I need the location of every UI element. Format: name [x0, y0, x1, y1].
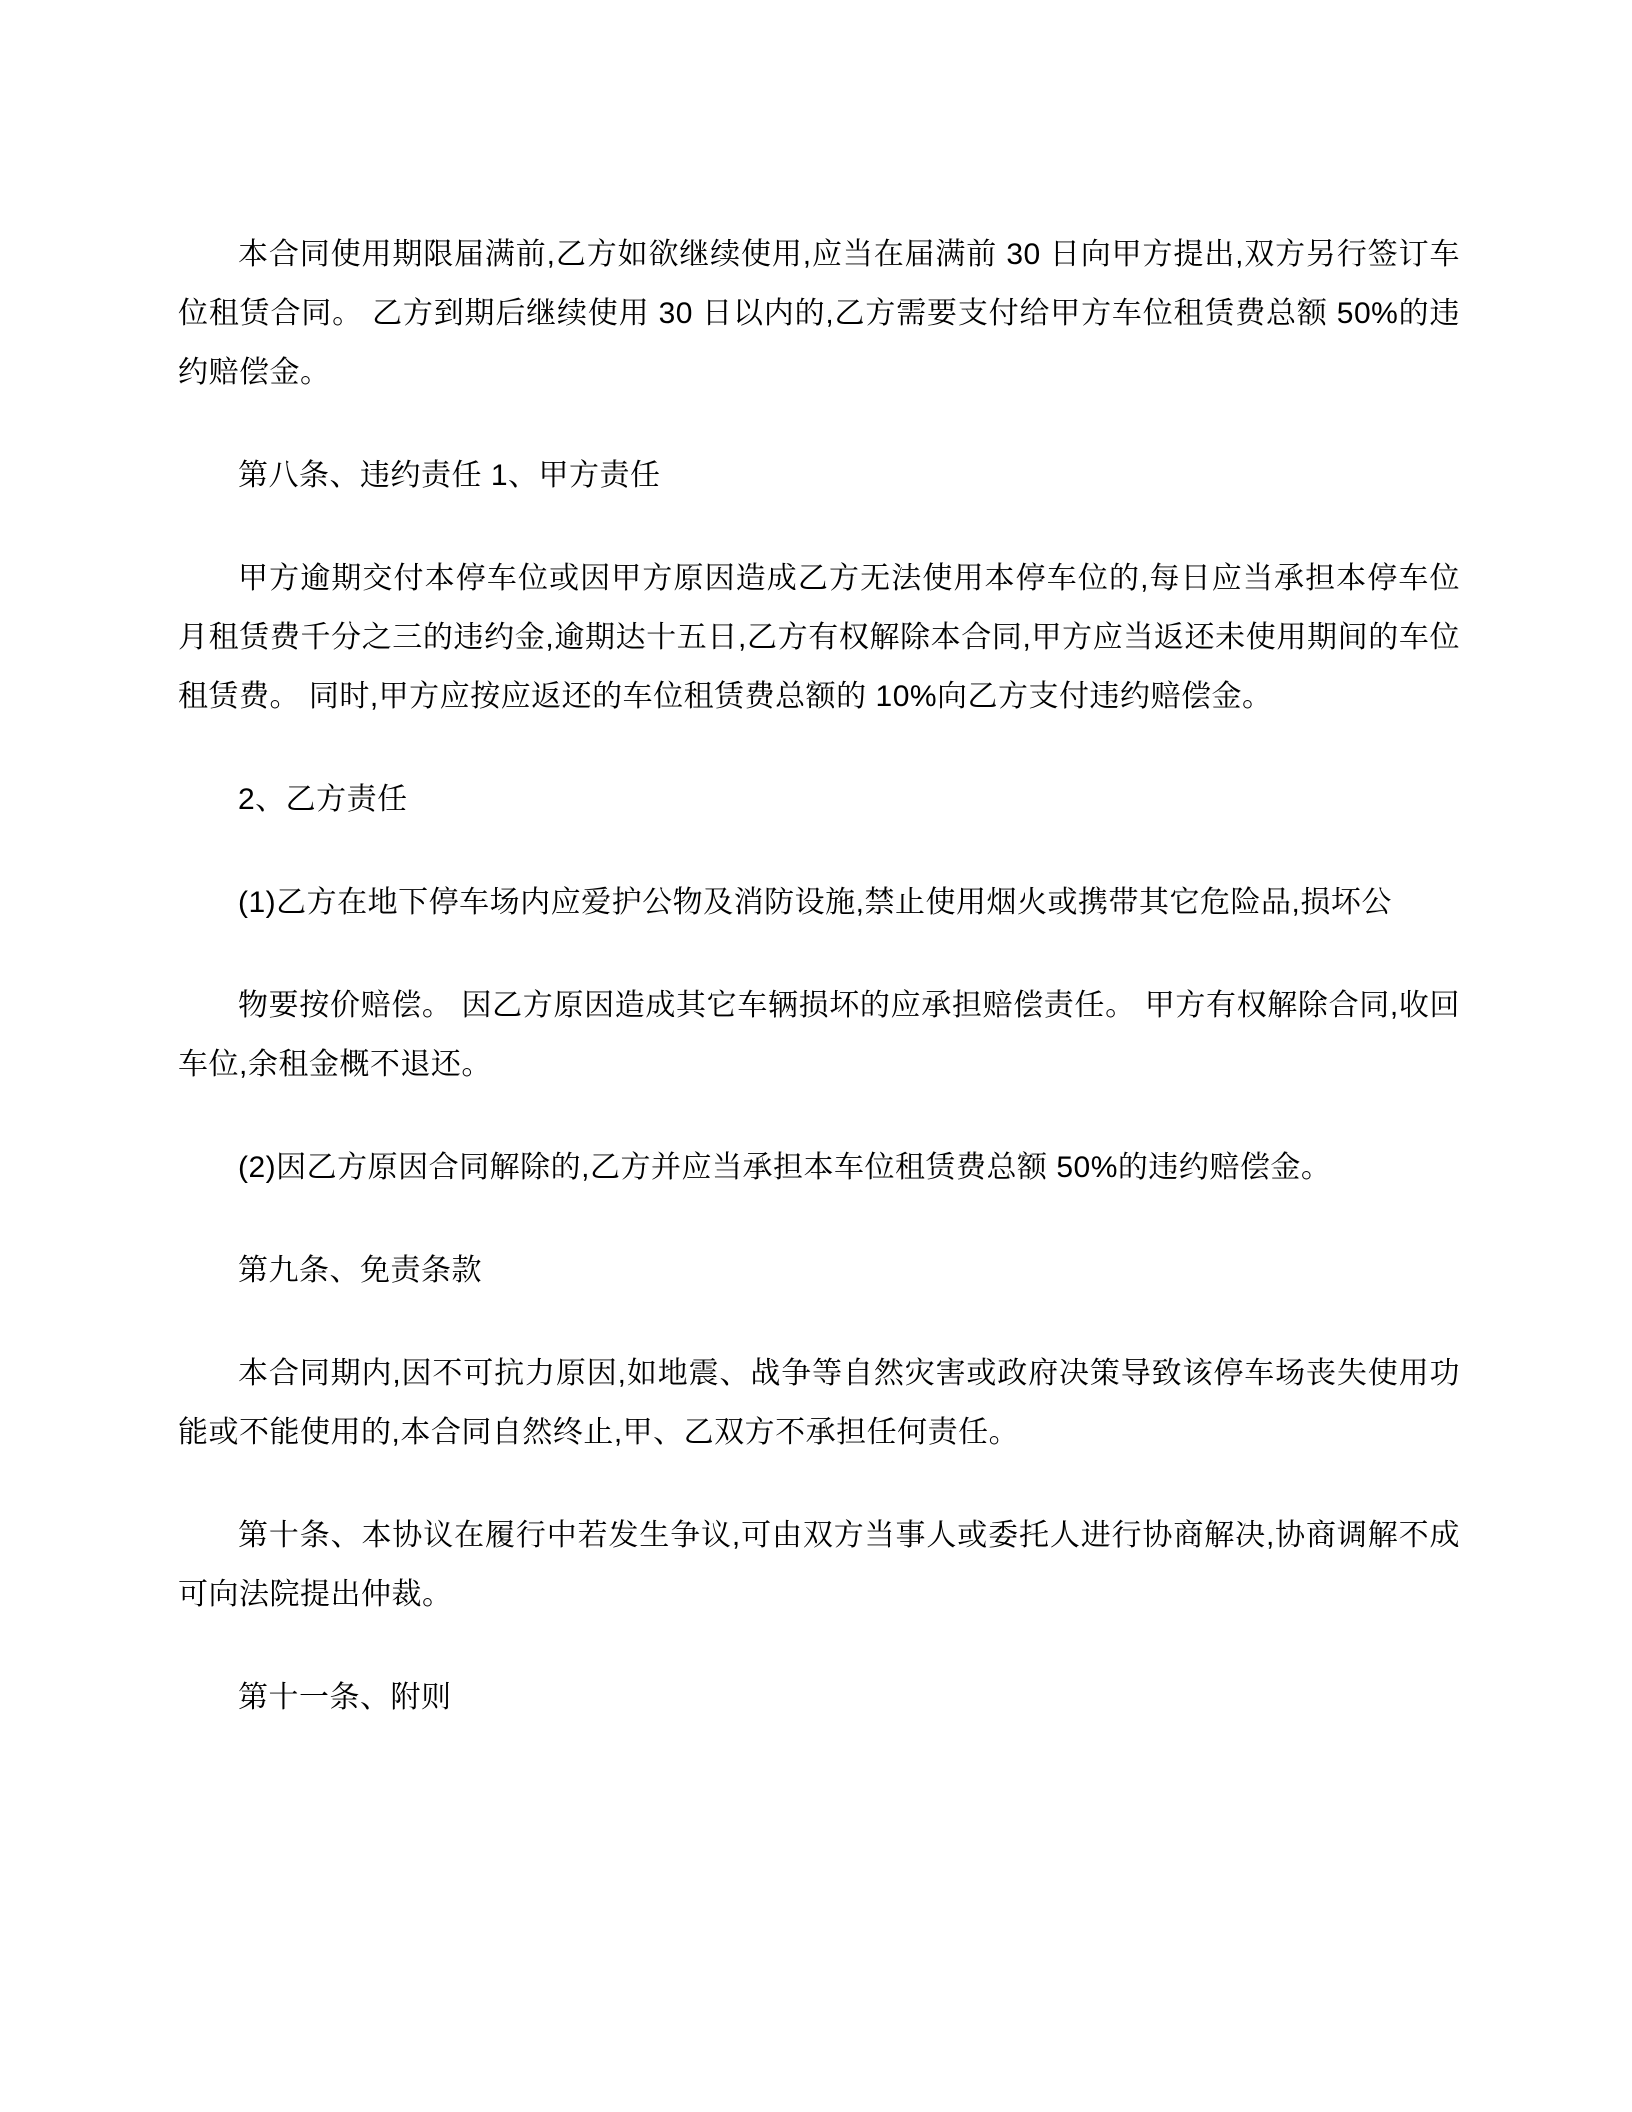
clause-heading: 2、乙方责任 — [178, 770, 1460, 829]
clause-heading: 第九条、免责条款 — [178, 1241, 1460, 1300]
body-paragraph: 第十条、本协议在履行中若发生争议,可由双方当事人或委托人进行协商解决,协商调解不… — [178, 1506, 1460, 1624]
body-paragraph: (2)因乙方原因合同解除的,乙方并应当承担本车位租赁费总额 50%的违约赔偿金。 — [178, 1138, 1460, 1197]
body-paragraph: 甲方逾期交付本停车位或因甲方原因造成乙方无法使用本停车位的,每日应当承担本停车位… — [178, 549, 1460, 726]
document-page: 本合同使用期限届满前,乙方如欲继续使用,应当在届满前 30 日向甲方提出,双方另… — [0, 0, 1632, 2112]
document-body: 本合同使用期限届满前,乙方如欲继续使用,应当在届满前 30 日向甲方提出,双方另… — [178, 225, 1460, 1727]
body-paragraph: 本合同期内,因不可抗力原因,如地震、战争等自然灾害或政府决策导致该停车场丧失使用… — [178, 1344, 1460, 1462]
clause-heading: 第八条、违约责任 1、甲方责任 — [178, 446, 1460, 505]
body-paragraph: (1)乙方在地下停车场内应爱护公物及消防设施,禁止使用烟火或携带其它危险品,损坏… — [178, 873, 1460, 932]
body-paragraph: 物要按价赔偿。 因乙方原因造成其它车辆损坏的应承担赔偿责任。 甲方有权解除合同,… — [178, 976, 1460, 1094]
body-paragraph: 本合同使用期限届满前,乙方如欲继续使用,应当在届满前 30 日向甲方提出,双方另… — [178, 225, 1460, 402]
clause-heading: 第十一条、附则 — [178, 1668, 1460, 1727]
